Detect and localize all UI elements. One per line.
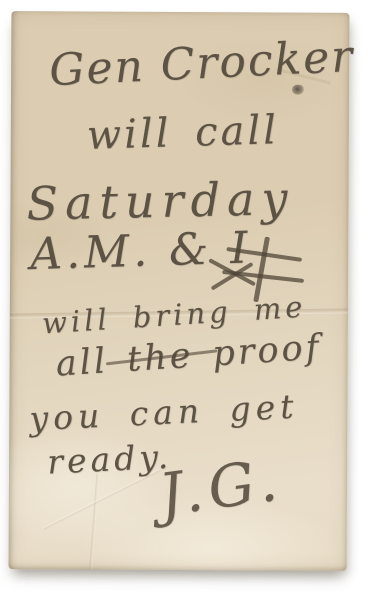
- ink-smudge: [292, 85, 304, 95]
- handwriting-line: A.M. & I: [30, 227, 253, 278]
- handwriting-line: ready.: [46, 440, 172, 479]
- handwriting-line: Saturday: [26, 175, 295, 227]
- photo-background: Gen Crocker will call Saturday A.M. & I …: [0, 0, 378, 599]
- fold-crease-vertical: [89, 474, 99, 570]
- signature: J.G.: [156, 450, 287, 524]
- handwriting-line: will call: [86, 110, 279, 156]
- handwriting-line: all the proof: [55, 331, 323, 383]
- handwriting-line: you can get: [29, 390, 299, 436]
- handwriting-line: Gen Crocker: [48, 35, 355, 93]
- letter-paper: Gen Crocker will call Saturday A.M. & I …: [9, 11, 350, 571]
